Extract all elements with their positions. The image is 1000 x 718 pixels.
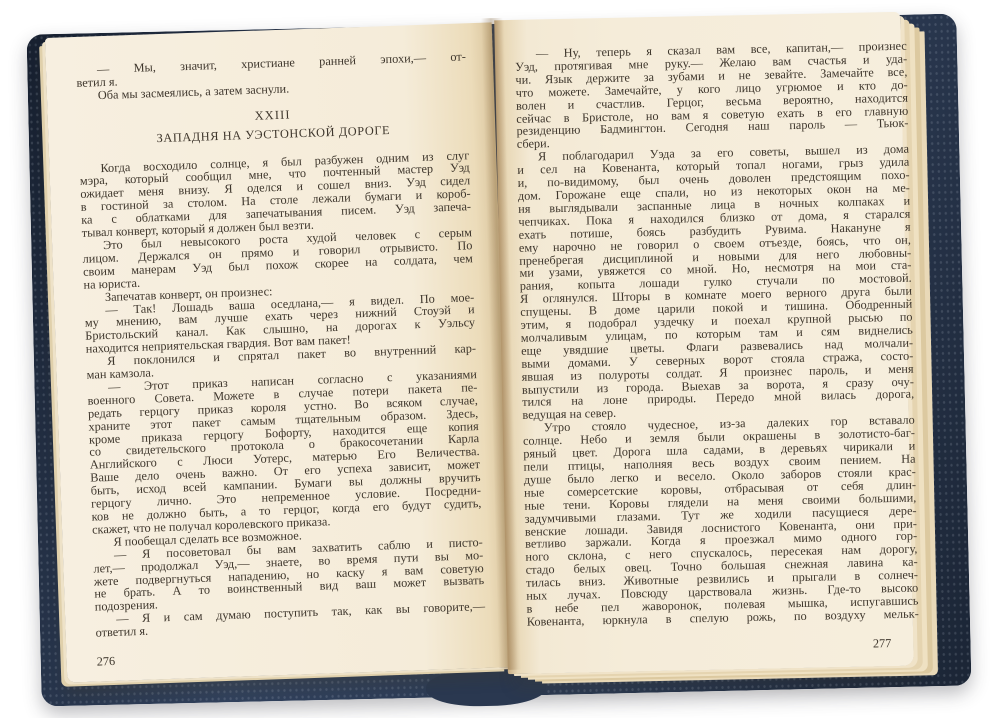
page-number-left: 276 [96, 642, 486, 669]
left-page-text: — Мы, значит, христиане ранней эпохи,— о… [76, 50, 487, 668]
photo-of-open-book: — Мы, значит, христиане ранней эпохи,— о… [0, 0, 1000, 718]
book-page-left: — Мы, значит, христиане ранней эпохи,— о… [45, 22, 514, 682]
book-page-right: — Ну, теперь я сказал вам все, капитан,—… [494, 12, 914, 674]
left-intro-lines: — Мы, значит, христиане ранней эпохи,— о… [76, 50, 467, 102]
right-body-lines: — Ну, теперь я сказал вам все, капитан,—… [515, 40, 919, 629]
left-body-lines: Когда восходило солнце, я был разбужен о… [79, 149, 485, 640]
page-number-right: 277 [527, 636, 919, 657]
right-page-text: — Ну, теперь я сказал вам все, капитан,—… [515, 40, 920, 658]
